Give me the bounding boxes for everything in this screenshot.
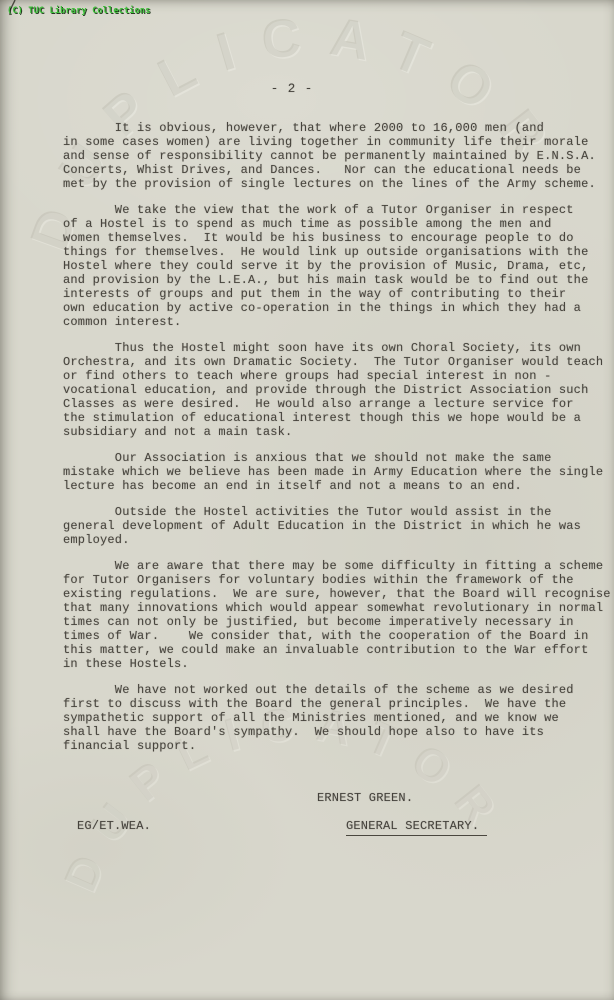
document-page: DUPLICATOR DUPLICATOR DUPLICATOR DUPLICA…: [0, 0, 614, 1000]
signature-name: ERNEST GREEN.: [317, 791, 413, 805]
page-number: - 2 -: [232, 82, 352, 96]
library-copyright-stamp: (C) TUC Library Collections: [7, 6, 151, 16]
signature-title: GENERAL SECRETARY.: [346, 819, 487, 836]
paragraph: Outside the Hostel activities the Tutor …: [63, 505, 614, 547]
paragraph: We are aware that there may be some diff…: [63, 559, 614, 671]
typist-reference: EG/ET.WEA.: [77, 819, 151, 833]
letter-body: It is obvious, however, that where 2000 …: [63, 121, 614, 765]
paragraph: Our Association is anxious that we shoul…: [63, 451, 614, 493]
paragraph: It is obvious, however, that where 2000 …: [63, 121, 614, 191]
paragraph: Thus the Hostel might soon have its own …: [63, 341, 614, 439]
paragraph: We take the view that the work of a Tuto…: [63, 203, 614, 329]
paragraph: We have not worked out the details of th…: [63, 683, 614, 753]
